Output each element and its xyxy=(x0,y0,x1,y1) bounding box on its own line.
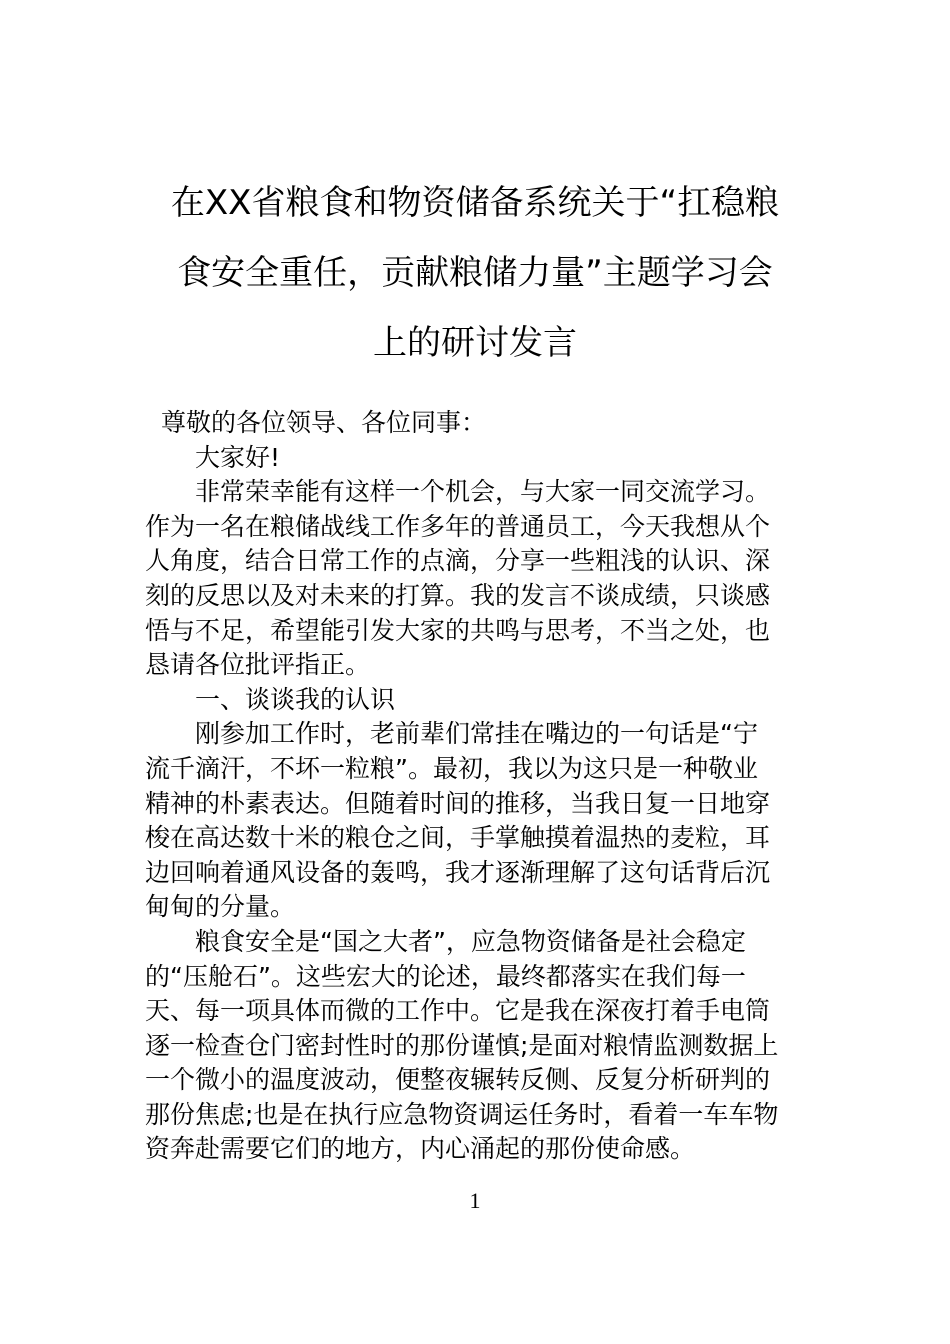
paragraph-line: 悟与不足，希望能引发大家的共鸣与思考，不当之处，也 xyxy=(145,614,815,649)
paragraph-line: 刚参加工作时，老前辈们常挂在嘴边的一句话是“宁 xyxy=(145,717,815,752)
paragraph-1: 刚参加工作时，老前辈们常挂在嘴边的一句话是“宁 流千滴汗，不坏一粒粮”。最初，我… xyxy=(145,717,815,925)
paragraph-line: 梭在高达数十米的粮仓之间，手掌触摸着温热的麦粒，耳 xyxy=(145,821,815,856)
paragraph-intro: 非常荣幸能有这样一个机会，与大家一同交流学习。 作为一名在粮储战线工作多年的普通… xyxy=(145,475,815,683)
title-line-2: 食安全重任，贡献粮储力量”主题学习会 xyxy=(140,238,810,308)
paragraph-line: 精神的朴素表达。但随着时间的推移，当我日复一日地穿 xyxy=(145,787,815,822)
paragraph-line: 恳请各位批评指正。 xyxy=(145,648,815,683)
paragraph-line: 非常荣幸能有这样一个机会，与大家一同交流学习。 xyxy=(145,475,815,510)
title-line-3: 上的研讨发言 xyxy=(140,308,810,378)
paragraph-line: 那份焦虑;也是在执行应急物资调运任务时，看着一车车物 xyxy=(145,1098,815,1133)
document-title: 在XX省粮食和物资储备系统关于“扛稳粮 食安全重任，贡献粮储力量”主题学习会 上… xyxy=(140,168,810,378)
paragraph-line: 天、每一项具体而微的工作中。它是我在深夜打着手电筒 xyxy=(145,994,815,1029)
paragraph-line: 资奔赴需要它们的地方，内心涌起的那份使命感。 xyxy=(145,1132,815,1167)
paragraph-line: 粮食安全是“国之大者”，应急物资储备是社会稳定 xyxy=(145,925,815,960)
paragraph-2: 粮食安全是“国之大者”，应急物资储备是社会稳定 的“压舱石”。这些宏大的论述，最… xyxy=(145,925,815,1167)
document-page: 在XX省粮食和物资储备系统关于“扛稳粮 食安全重任，贡献粮储力量”主题学习会 上… xyxy=(0,0,950,1344)
paragraph-line: 边回响着通风设备的轰鸣，我才逐渐理解了这句话背后沉 xyxy=(145,856,815,891)
salutation: 尊敬的各位领导、各位同事： xyxy=(145,406,815,441)
greeting: 大家好! xyxy=(145,441,815,476)
paragraph-line: 逐一检查仓门密封性时的那份谨慎;是面对粮情监测数据上 xyxy=(145,1029,815,1064)
section-heading-1: 一、谈谈我的认识 xyxy=(145,683,815,718)
paragraph-line: 甸甸的分量。 xyxy=(145,890,815,925)
page-number: 1 xyxy=(440,1188,510,1214)
paragraph-line: 流千滴汗，不坏一粒粮”。最初，我以为这只是一种敬业 xyxy=(145,752,815,787)
document-body: 尊敬的各位领导、各位同事： 大家好! 非常荣幸能有这样一个机会，与大家一同交流学… xyxy=(145,406,815,1167)
paragraph-line: 的“压舱石”。这些宏大的论述，最终都落实在我们每一 xyxy=(145,960,815,995)
paragraph-line: 人角度，结合日常工作的点滴，分享一些粗浅的认识、深 xyxy=(145,544,815,579)
title-line-1: 在XX省粮食和物资储备系统关于“扛稳粮 xyxy=(140,168,810,238)
paragraph-line: 刻的反思以及对未来的打算。我的发言不谈成绩，只谈感 xyxy=(145,579,815,614)
paragraph-line: 一个微小的温度波动，便整夜辗转反侧、反复分析研判的 xyxy=(145,1063,815,1098)
paragraph-line: 作为一名在粮储战线工作多年的普通员工，今天我想从个 xyxy=(145,510,815,545)
